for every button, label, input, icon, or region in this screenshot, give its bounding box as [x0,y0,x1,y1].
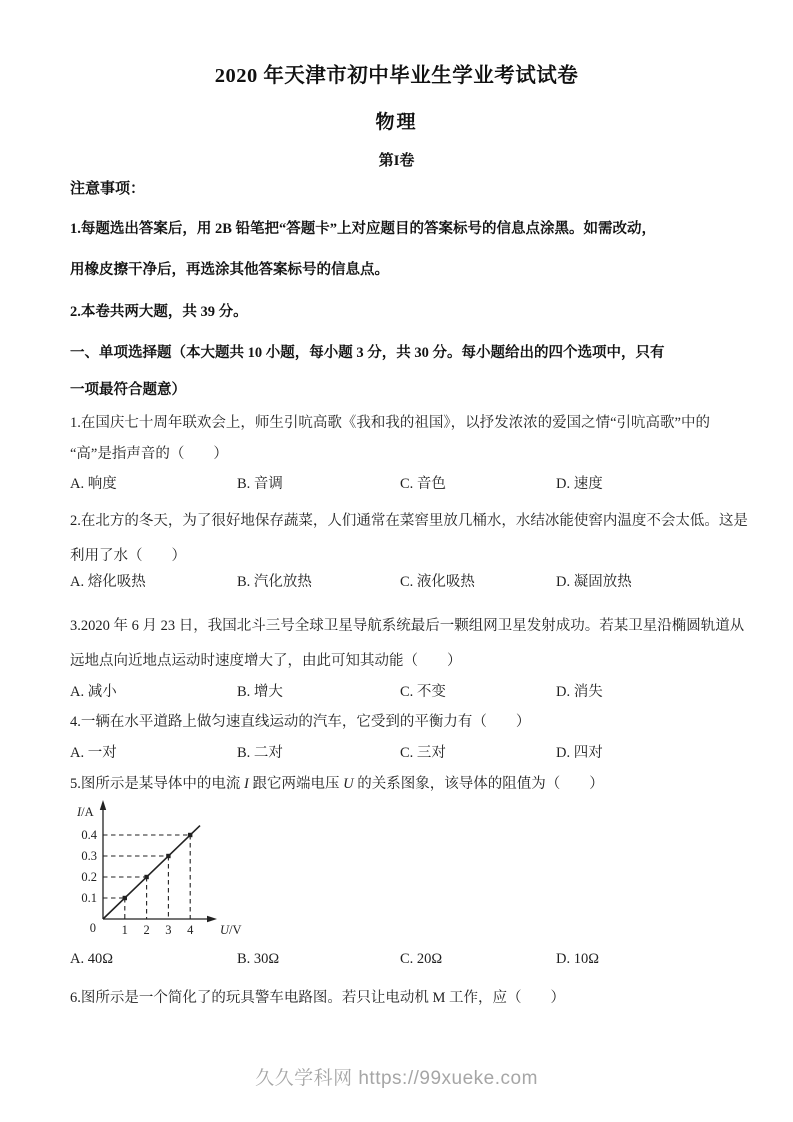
q5-option-a: A. 40Ω [70,949,113,969]
voltage-symbol: U [343,776,353,792]
q3-option-a: A. 减小 [70,682,117,702]
svg-text:I/A: I/A [76,805,94,819]
exam-page: 2020 年天津市初中毕业生学业考试试卷 物理 第I卷 注意事项： 1.每题选出… [0,0,793,1122]
q3-option-c: C. 不变 [400,682,446,702]
notice-1-line-1: 1.每题选出答案后，用 2B 铅笔把“答题卡”上对应题目的答案标号的信息点涂黑。… [70,219,656,239]
q2-option-b: B. 汽化放热 [237,572,312,592]
svg-text:0.3: 0.3 [81,849,97,863]
q2-option-a: A. 熔化吸热 [70,572,146,592]
q3-line-1: 3.2020 年 6 月 23 日，我国北斗三号全球卫星导航系统最后一颗组网卫星… [70,616,744,636]
section-1-heading-line-2: 一项最符合题意） [70,380,186,400]
volume-title: 第I卷 [0,151,793,171]
section-1-heading-line-1: 一、单项选择题（本大题共 10 小题，每小题 3 分，共 30 分。每小题给出的… [70,343,665,363]
graph-svg: 0.10.20.30.412340I/AU/V [72,798,257,946]
q2-line-1: 2.在北方的冬天，为了很好地保存蔬菜，人们通常在菜窖里放几桶水，水结冰能使窖内温… [70,511,748,531]
svg-text:0: 0 [90,921,96,935]
q3-line-2: 远地点向近地点运动时速度增大了，由此可知其动能（ ） [70,651,462,671]
q2-line-2: 利用了水（ ） [70,546,186,566]
svg-text:4: 4 [187,923,194,937]
q4-option-a: A. 一对 [70,743,117,763]
q2-option-d: D. 凝固放热 [556,572,632,592]
svg-text:0.4: 0.4 [81,828,97,842]
q5-current-voltage-graph: 0.10.20.30.412340I/AU/V [72,798,257,951]
q4-option-b: B. 二对 [237,743,283,763]
q5-text-part: 5.图所示是某导体中的电流 [70,776,244,792]
q2-option-c: C. 液化吸热 [400,572,475,592]
q3-option-b: B. 增大 [237,682,283,702]
footer-watermark: 久久学科网 https://99xueke.com [0,1063,793,1090]
q3-option-d: D. 消失 [556,682,603,702]
q5-option-d: D. 10Ω [556,949,599,969]
q2-options: A. 熔化吸热 B. 汽化放热 C. 液化吸热 D. 凝固放热 [70,572,730,592]
svg-text:2: 2 [143,923,149,937]
svg-text:0.1: 0.1 [81,891,97,905]
page-title: 2020 年天津市初中毕业生学业考试试卷 [0,66,793,86]
q4-options: A. 一对 B. 二对 C. 三对 D. 四对 [70,743,730,763]
q1-options: A. 响度 B. 音调 C. 音色 D. 速度 [70,474,730,494]
q1-option-c: C. 音色 [400,474,446,494]
q5-text-part: 跟它两端电压 [249,776,343,792]
svg-text:0.2: 0.2 [81,870,97,884]
notice-heading: 注意事项： [70,179,145,199]
q1-option-d: D. 速度 [556,474,603,494]
q5-text-part: 的关系图象，该导体的阻值为（ ） [354,776,604,792]
q4-option-c: C. 三对 [400,743,446,763]
svg-text:1: 1 [122,923,128,937]
q5-options: A. 40Ω B. 30Ω C. 20Ω D. 10Ω [70,949,730,969]
q1-option-a: A. 响度 [70,474,117,494]
q1-line-1: 1.在国庆七十周年联欢会上，师生引吭高歌《我和我的祖国》，以抒发浓浓的爱国之情“… [70,413,710,433]
q5-text: 5.图所示是某导体中的电流 I 跟它两端电压 U 的关系图象，该导体的阻值为（ … [70,774,604,794]
subject-title: 物理 [0,113,793,133]
q6-line-1: 6.图所示是一个简化了的玩具警车电路图。若只让电动机 M 工作，应（ ） [70,988,565,1008]
q5-option-c: C. 20Ω [400,949,442,969]
q3-options: A. 减小 B. 增大 C. 不变 D. 消失 [70,682,730,702]
q4-option-d: D. 四对 [556,743,603,763]
q5-option-b: B. 30Ω [237,949,279,969]
svg-text:U/V: U/V [220,923,242,937]
q1-option-b: B. 音调 [237,474,283,494]
notice-1-line-2: 用橡皮擦干净后，再选涂其他答案标号的信息点。 [70,260,389,280]
q1-line-2: “高”是指声音的（ ） [70,444,228,464]
notice-2: 2.本卷共两大题，共 39 分。 [70,302,248,322]
q4-line-1: 4.一辆在水平道路上做匀速直线运动的汽车，它受到的平衡力有（ ） [70,712,530,732]
svg-text:3: 3 [165,923,171,937]
